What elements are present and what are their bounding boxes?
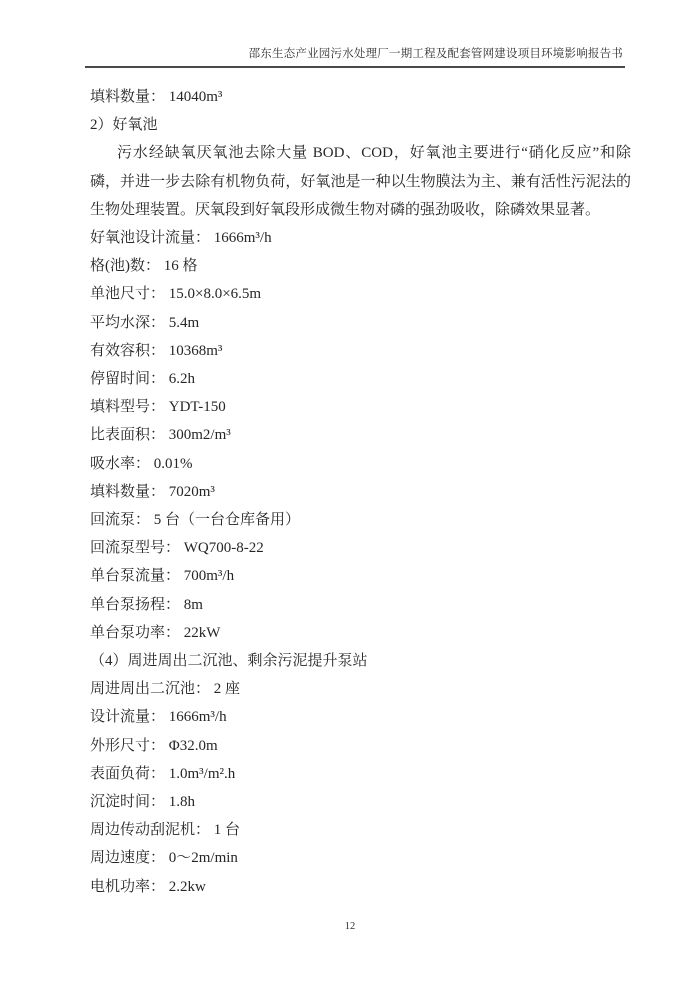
param-line: 周进周出二沉池： 2 座 <box>90 675 631 703</box>
document-page: 邵东生态产业园污水处理厂一期工程及配套管网建设项目环境影响报告书 填料数量： 1… <box>0 0 700 989</box>
param-line: 停留时间： 6.2h <box>90 365 631 393</box>
param-line: 回流泵： 5 台（一台仓库备用） <box>90 506 631 534</box>
param-line: 设计流量： 1666m³/h <box>90 703 631 731</box>
section-heading: 2）好氧池 <box>90 111 631 139</box>
section-heading: （4）周进周出二沉池、剩余污泥提升泵站 <box>90 647 631 675</box>
param-line: 单池尺寸： 15.0×8.0×6.5m <box>90 280 631 308</box>
param-line: 表面负荷： 1.0m³/m².h <box>90 760 631 788</box>
param-line: 沉淀时间： 1.8h <box>90 788 631 816</box>
running-header-title: 邵东生态产业园污水处理厂一期工程及配套管网建设项目环境影响报告书 <box>249 47 623 61</box>
param-line: 平均水深： 5.4m <box>90 309 631 337</box>
header-rule <box>85 66 625 68</box>
body-paragraph: 污水经缺氧厌氧池去除大量 BOD、COD，好氧池主要进行“硝化反应”和除磷，并进… <box>90 139 631 224</box>
param-line: 外形尺寸： Φ32.0m <box>90 732 631 760</box>
param-line: 单台泵功率： 22kW <box>90 619 631 647</box>
param-line: 电机功率： 2.2kw <box>90 873 631 901</box>
param-line: 好氧池设计流量： 1666m³/h <box>90 224 631 252</box>
param-line: 周边速度： 0～2m/min <box>90 844 631 872</box>
param-line: 单台泵扬程： 8m <box>90 591 631 619</box>
param-line: 填料数量： 14040m³ <box>90 83 631 111</box>
param-line: 单台泵流量： 700m³/h <box>90 562 631 590</box>
param-line: 有效容积： 10368m³ <box>90 337 631 365</box>
param-line: 格(池)数： 16 格 <box>90 252 631 280</box>
param-line: 吸水率： 0.01% <box>90 450 631 478</box>
param-line: 填料数量： 7020m³ <box>90 478 631 506</box>
param-line: 回流泵型号： WQ700-8-22 <box>90 534 631 562</box>
param-line: 填料型号： YDT-150 <box>90 393 631 421</box>
param-line: 周边传动刮泥机： 1 台 <box>90 816 631 844</box>
document-body: 填料数量： 14040m³2）好氧池污水经缺氧厌氧池去除大量 BOD、COD，好… <box>90 83 631 901</box>
param-line: 比表面积： 300m2/m³ <box>90 421 631 449</box>
page-number: 12 <box>0 921 700 932</box>
